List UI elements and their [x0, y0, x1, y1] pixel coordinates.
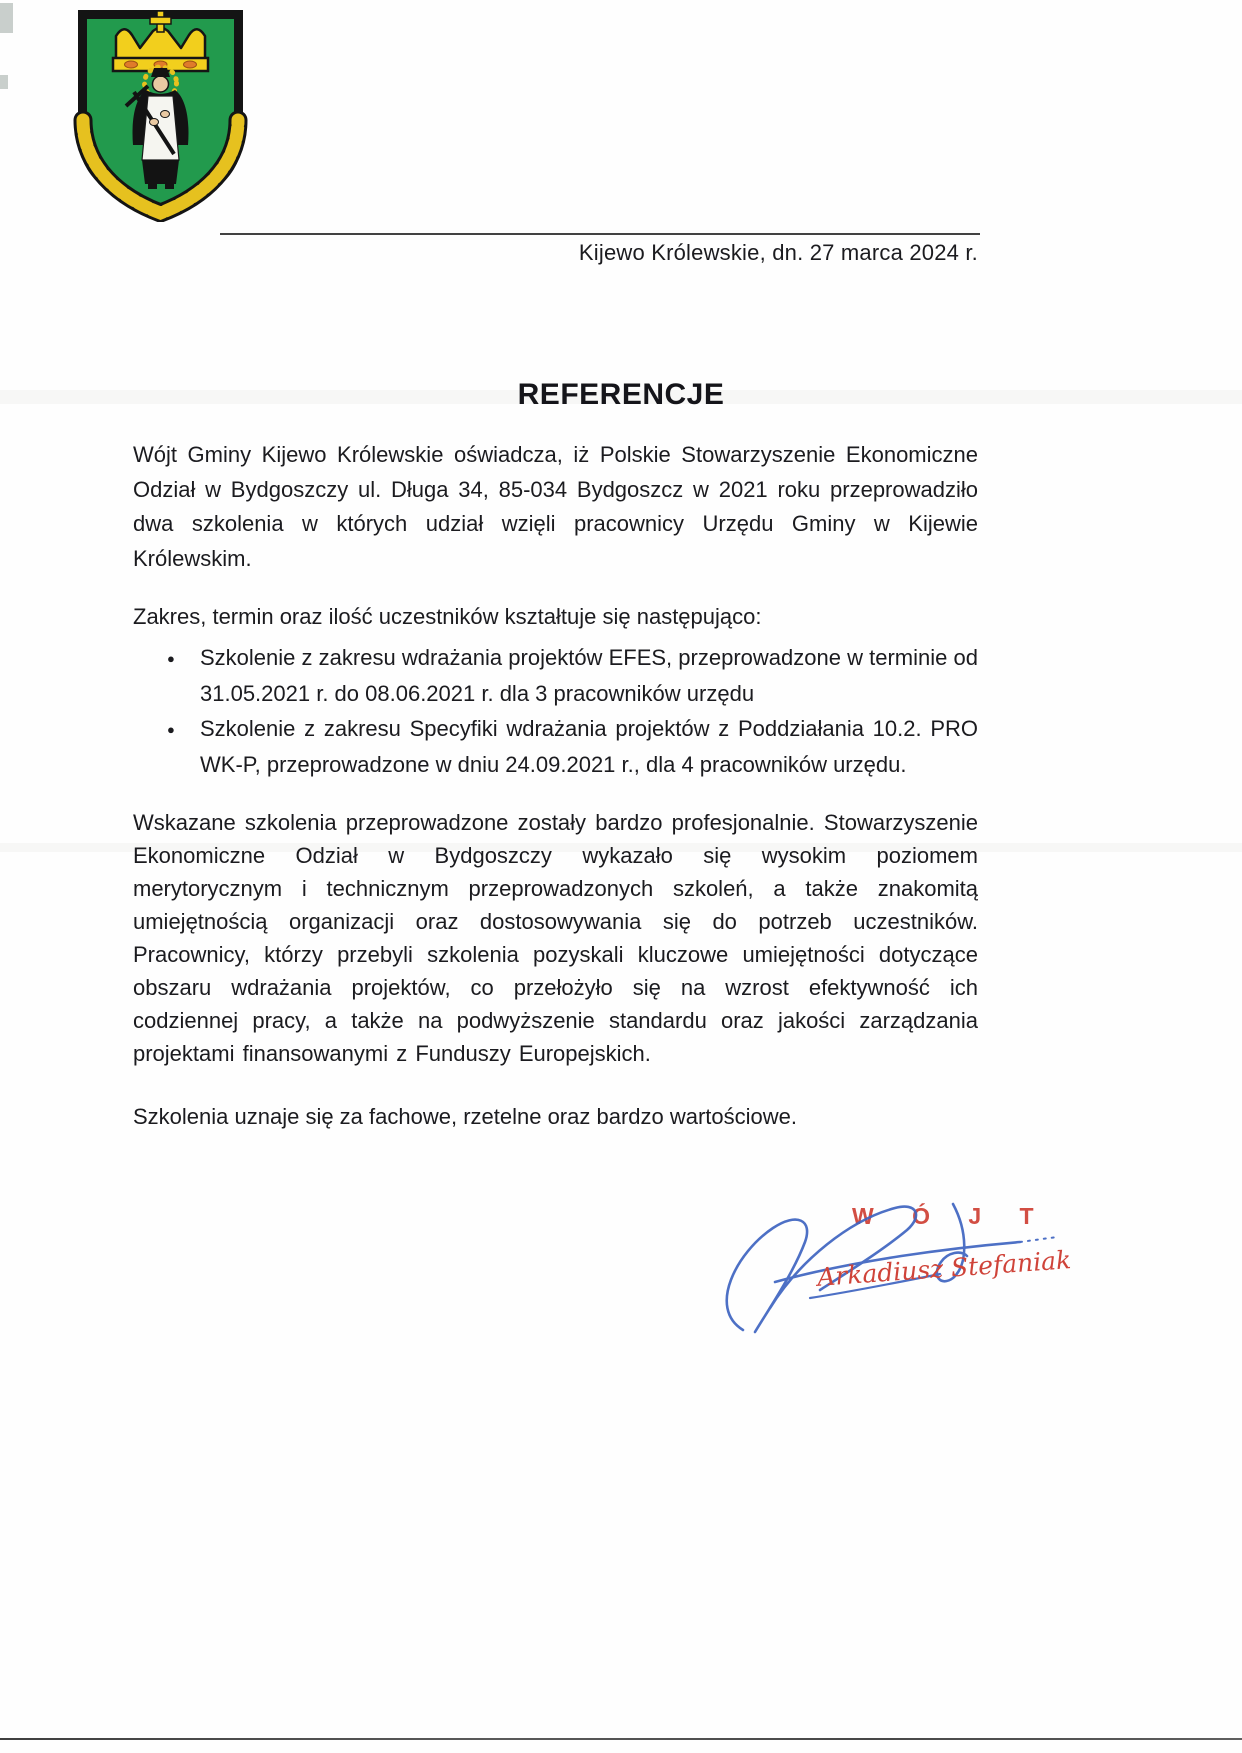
list-item-training-1: Szkolenie z zakresu wdrażania projektów …: [133, 640, 978, 711]
page-title: REFERENCJE: [0, 378, 1242, 412]
scanned-reference-letter: Kijewo Królewskie, dn. 27 marca 2024 r. …: [0, 0, 1242, 1753]
coat-of-arms-icon: [68, 2, 253, 222]
paragraph-scope: Zakres, termin oraz ilość uczestników ks…: [133, 600, 978, 635]
scan-artifact: [0, 1738, 1242, 1740]
paragraph-intro: Wójt Gminy Kijewo Królewskie oświadcza, …: [133, 438, 978, 576]
scan-artifact: [0, 75, 8, 89]
list-item-training-2: Szkolenie z zakresu Specyfiki wdrażania …: [133, 711, 978, 782]
training-list: Szkolenie z zakresu wdrażania projektów …: [133, 640, 978, 782]
header-divider: [220, 233, 980, 235]
paragraph-opinion: Wskazane szkolenia przeprowadzone został…: [133, 806, 978, 1070]
scan-artifact: [0, 3, 13, 33]
paragraph-closing: Szkolenia uznaje się za fachowe, rzeteln…: [133, 1100, 978, 1135]
coat-of-arms: [68, 2, 253, 222]
date-line: Kijewo Królewskie, dn. 27 marca 2024 r.: [220, 240, 978, 266]
